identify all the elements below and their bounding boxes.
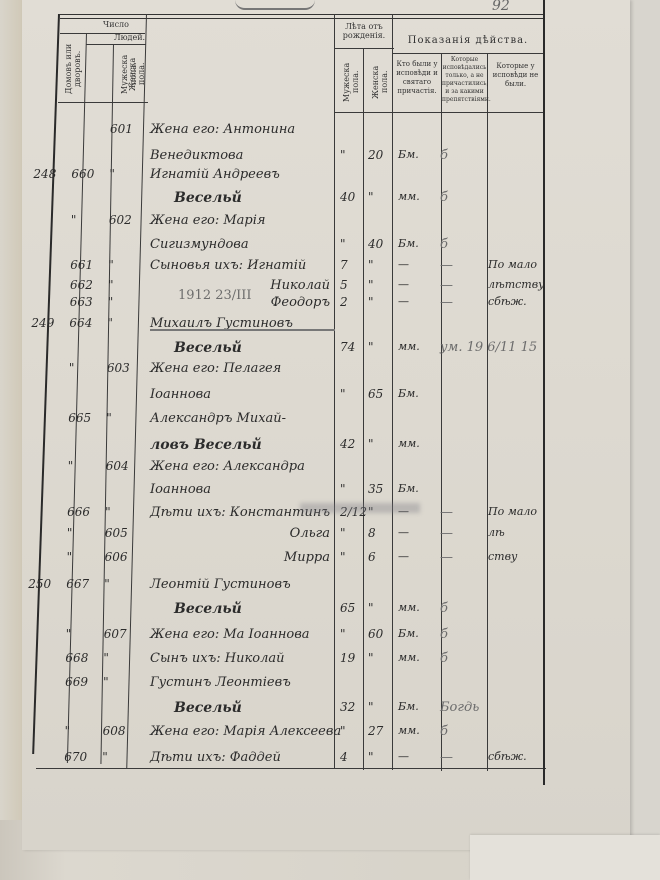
header-rule-age <box>334 48 394 49</box>
cell-male: 661 <box>70 258 93 272</box>
cell-female: " <box>108 258 114 272</box>
cell-name: Жена его: Марія <box>150 213 266 228</box>
cell-confessed: мм. <box>398 190 420 203</box>
cell-name: Дѣти ихъ: Фаддей <box>150 750 281 765</box>
cell-confessed: — <box>398 526 409 539</box>
cell-confessed: Бм. <box>398 387 419 400</box>
cell-name: Ольга <box>150 526 330 541</box>
cell-age-f: " <box>368 437 374 451</box>
cell-female: 604 <box>106 459 129 473</box>
cell-age-f: 20 <box>368 148 383 162</box>
cell-name: Весельй <box>174 190 242 206</box>
cell-mark: ум. 19 6/11 15 <box>440 340 537 355</box>
cell-male: " <box>67 550 73 564</box>
cell-age-m: " <box>340 724 346 738</box>
rule-left-outer <box>32 14 60 754</box>
cell-age-f: " <box>368 278 374 292</box>
cell-confessed: — <box>398 295 409 308</box>
header-age: Лѣта отъ рожденія. <box>335 22 393 40</box>
cell-male: 666 <box>67 505 90 519</box>
cell-age-m: 4 <box>340 750 348 764</box>
cell-female: " <box>109 167 115 181</box>
cell-name: Жена его: Марія Алексеева <box>150 724 341 739</box>
cell-age-m: " <box>340 148 346 162</box>
cell-name: Игнатій Андреевъ <box>150 167 280 182</box>
cell-absent: сбѣж. <box>488 750 527 763</box>
cell-age-m: 74 <box>340 340 355 354</box>
cell-absent: лѣ <box>488 526 505 539</box>
header-not-confessed: Которые у исповѣди не были. <box>488 62 543 89</box>
header-number: Число <box>86 20 146 29</box>
top-double-rule <box>60 14 545 19</box>
cell-female: " <box>108 278 114 292</box>
cell-name: Жена его: Пелагея <box>150 361 281 376</box>
cell-age-f: 40 <box>368 237 383 251</box>
cell-confessed: — <box>398 550 409 563</box>
cell-name: Весельй <box>174 340 242 356</box>
cell-age-f: " <box>368 258 374 272</box>
cell-mark: — <box>440 750 453 765</box>
cell-age-m: " <box>340 550 346 564</box>
cell-mark: — <box>440 295 453 310</box>
cell-name: Александръ Михай- <box>150 411 286 426</box>
cell-male: 665 <box>68 411 91 425</box>
header-rule-persons <box>86 44 146 45</box>
header-actions: Показанія дѣйства. <box>393 36 543 45</box>
cell-confessed: Бм. <box>398 627 419 640</box>
header-bottom-rule-left <box>58 102 148 103</box>
cell-name: Сынъ ихъ: Николай <box>150 651 284 666</box>
cell-confessed: Бм. <box>398 237 419 250</box>
cell-age-m: 7 <box>340 258 348 272</box>
cell-confessed: Бм. <box>398 700 419 713</box>
cell-male: " <box>66 627 72 641</box>
cell-mark: — <box>440 505 453 520</box>
cell-household: 250 <box>28 577 51 591</box>
cell-name: Жена его: Ма Іоаннова <box>150 627 310 642</box>
cell-male: 667 <box>66 577 89 591</box>
cell-mark: — <box>440 550 453 565</box>
cell-mark: б <box>440 237 448 252</box>
cell-absent: По мало <box>488 258 537 271</box>
cell-female: " <box>104 577 110 591</box>
cell-name: Густинъ Леонтіевъ <box>150 675 291 690</box>
register-grid <box>0 0 660 880</box>
cell-female: 608 <box>103 724 126 738</box>
header-female: Женска пола. <box>128 48 140 100</box>
cell-confessed: мм. <box>398 601 420 614</box>
cell-male: " <box>67 526 73 540</box>
cell-female: 606 <box>105 550 128 564</box>
cell-name: Жена его: Александра <box>150 459 305 474</box>
cell-confessed: — <box>398 750 409 763</box>
cell-female: " <box>103 651 109 665</box>
cell-age-m: 42 <box>340 437 355 451</box>
cell-age-f: 27 <box>368 724 383 738</box>
header-confessed: Кто были у исповѣди и святаго причастія. <box>393 60 441 96</box>
cell-age-m: 65 <box>340 601 355 615</box>
header-bottom-rule-right <box>334 112 544 113</box>
cell-household: 248 <box>33 167 56 181</box>
cell-age-f: 60 <box>368 627 383 641</box>
cell-age-f: " <box>368 340 374 354</box>
cell-male: 670 <box>64 750 87 764</box>
cell-age-f: " <box>368 700 374 714</box>
cell-confessed: Бм. <box>398 148 419 161</box>
cell-age-m: " <box>340 387 346 401</box>
cell-age-m: 2 <box>340 295 348 309</box>
cell-age-f: " <box>368 601 374 615</box>
header-age-male: Мужеска пола. <box>342 54 354 110</box>
cell-male: 662 <box>70 278 93 292</box>
pencil-stamp-note: 1912 23/III <box>178 288 252 303</box>
cell-absent: сбѣж. <box>488 295 527 308</box>
cell-mark: б <box>440 724 448 739</box>
cell-name: Сыновья ихъ: Игнатій <box>150 258 306 273</box>
cell-age-f: 35 <box>368 482 383 496</box>
cell-household: 249 <box>31 316 54 330</box>
header-confessed-only: Которые исповѣдались только, а не причас… <box>442 56 487 104</box>
rule-age-female <box>392 14 393 770</box>
cell-mark: — <box>440 258 453 273</box>
rule-confessed-only <box>487 53 488 771</box>
cell-name: Іоаннова <box>150 482 211 497</box>
cell-age-m: " <box>340 482 346 496</box>
cell-male: 668 <box>65 651 88 665</box>
pencil-smudge <box>300 503 420 513</box>
cell-female: 601 <box>110 122 133 136</box>
cell-mark: — <box>440 526 453 541</box>
bottom-rule <box>36 768 546 769</box>
cell-female: " <box>107 316 113 330</box>
cell-age-f: " <box>368 295 374 309</box>
cell-age-m: " <box>340 526 346 540</box>
cell-female: " <box>102 750 108 764</box>
cell-age-f: " <box>368 190 374 204</box>
cell-confessed: — <box>398 278 409 291</box>
header-persons: Людей. <box>113 33 146 42</box>
cell-confessed: Бм. <box>398 482 419 495</box>
cell-name: Венедиктова <box>150 148 243 163</box>
cell-age-f: 65 <box>368 387 383 401</box>
cell-mark: — <box>440 278 453 293</box>
cell-male: " <box>69 361 75 375</box>
cell-female: 607 <box>104 627 127 641</box>
cell-age-f: 8 <box>368 526 376 540</box>
cell-male: " <box>71 213 77 227</box>
cell-mark: Богдь <box>440 700 479 715</box>
cell-name: Весельй <box>174 700 242 716</box>
header-rule-actions <box>393 53 543 54</box>
rule-age-male <box>363 48 364 770</box>
cell-confessed: — <box>398 258 409 271</box>
cell-name: ловъ Весельй <box>150 437 262 453</box>
cell-age-m: 19 <box>340 651 355 665</box>
cell-mark: б <box>440 627 448 642</box>
cell-female: 602 <box>109 213 132 227</box>
cell-male: " <box>68 459 74 473</box>
header-households: Домовъ или дворовъ. <box>64 38 82 100</box>
cell-name: Весельй <box>174 601 242 617</box>
cell-age-m: 32 <box>340 700 355 714</box>
cell-age-m: 5 <box>340 278 348 292</box>
cell-absent: лѣтству <box>488 278 545 291</box>
cell-name: Леонтій Густиновъ <box>150 577 291 592</box>
cell-mark: б <box>440 148 448 163</box>
cell-name: Сигизмундова <box>150 237 249 252</box>
cell-female: " <box>108 295 114 309</box>
cell-mark: б <box>440 651 448 666</box>
cell-female: " <box>106 411 112 425</box>
cell-mark: б <box>440 190 448 205</box>
cell-confessed: мм. <box>398 437 420 450</box>
cell-mark: б <box>440 601 448 616</box>
cell-name: Жена его: Антонина <box>150 122 295 137</box>
cell-confessed: мм. <box>398 340 420 353</box>
cell-age-f: " <box>368 750 374 764</box>
cell-male: 664 <box>69 316 92 330</box>
cell-male: " <box>65 724 71 738</box>
cell-absent: По мало <box>488 505 537 518</box>
cell-female: " <box>105 505 111 519</box>
cell-name: Іоаннова <box>150 387 211 402</box>
rule-right-outer <box>543 0 545 785</box>
cell-male: 660 <box>71 167 94 181</box>
cell-age-m: " <box>340 237 346 251</box>
cell-name: Мирра <box>150 550 330 565</box>
cell-age-m: 40 <box>340 190 355 204</box>
cell-female: " <box>103 675 109 689</box>
cell-male: 669 <box>65 675 88 689</box>
cell-female: 603 <box>107 361 130 375</box>
header-age-female: Женска пола. <box>371 54 383 110</box>
cell-age-f: " <box>368 651 374 665</box>
cell-female: 605 <box>105 526 128 540</box>
cell-confessed: мм. <box>398 651 420 664</box>
cell-confessed: мм. <box>398 724 420 737</box>
strikethrough-line <box>150 329 335 331</box>
rule-name <box>334 14 335 768</box>
cell-age-f: 6 <box>368 550 376 564</box>
cell-male: 663 <box>70 295 93 309</box>
cell-age-m: " <box>340 627 346 641</box>
cell-absent: ству <box>488 550 517 563</box>
